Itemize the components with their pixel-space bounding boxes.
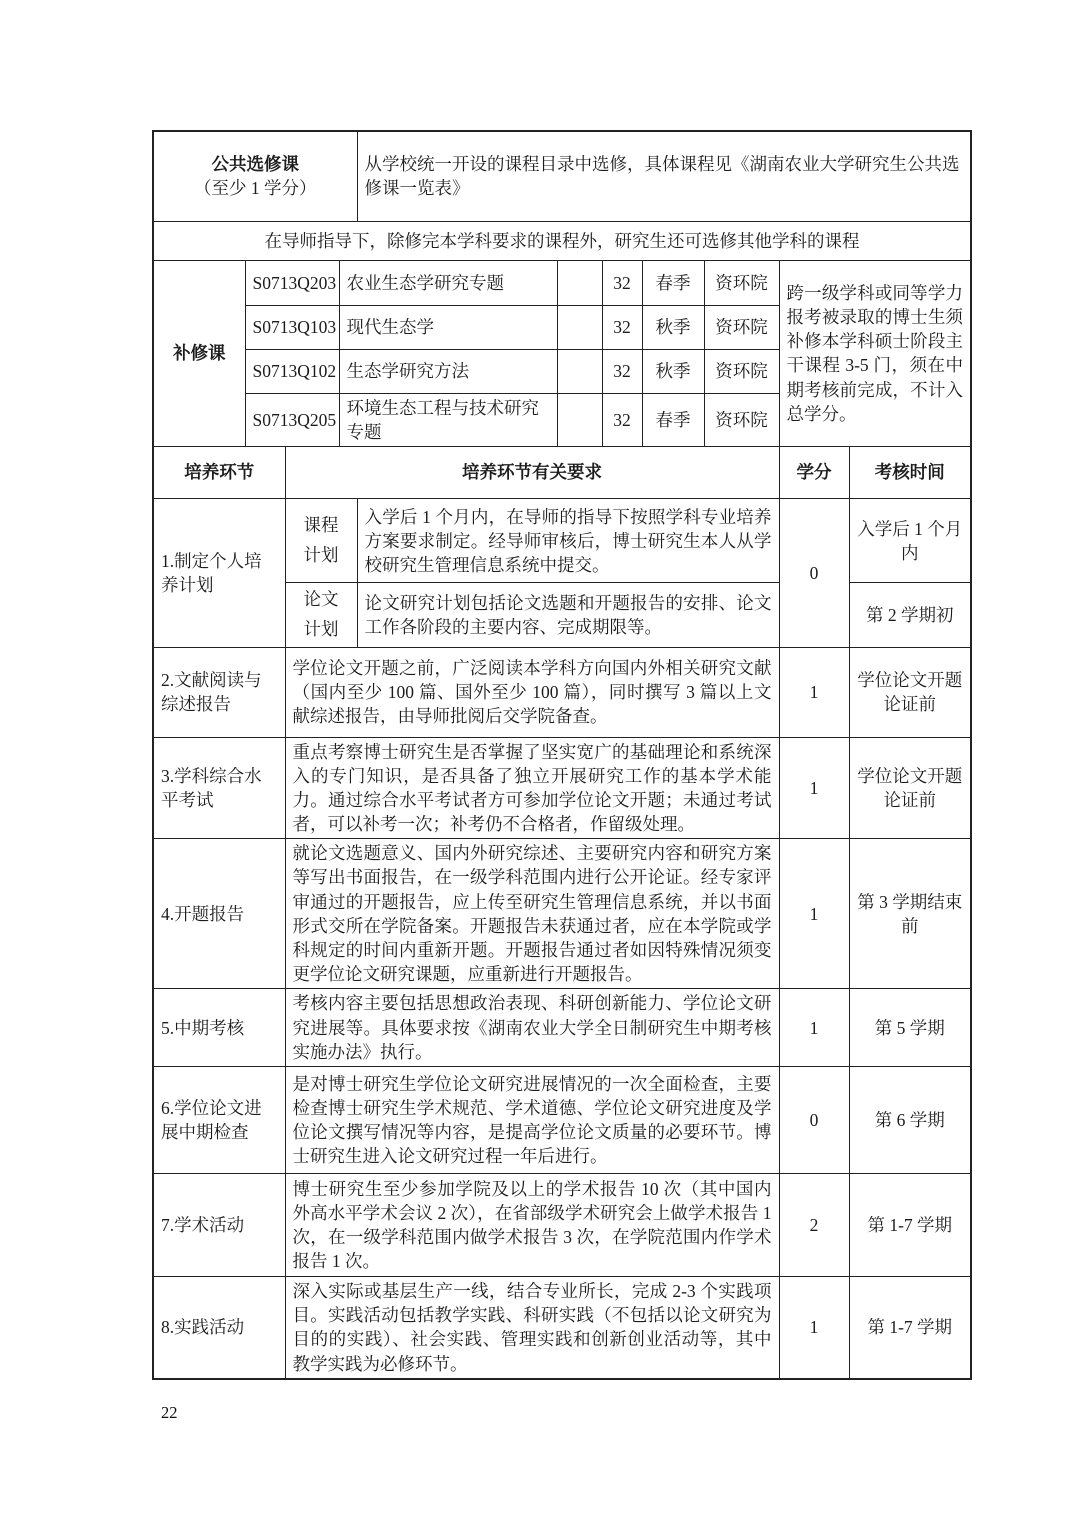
course-college: 资环院: [704, 393, 779, 446]
row-time: 第 3 学期结束前: [849, 839, 970, 989]
row-label: 4.开题报告: [154, 839, 285, 989]
course-college: 资环院: [704, 305, 779, 349]
course-college: 资环院: [704, 349, 779, 393]
row-label: 1.制定个人培养计划: [154, 499, 285, 648]
row-label: 6.学位论文进展中期检查: [154, 1067, 285, 1174]
row-label: 8.实践活动: [154, 1277, 285, 1378]
row-requirement: 是对博士研究生学位论文研究进展情况的一次全面检查，主要检查博士研究生学术规范、学…: [285, 1067, 779, 1174]
course-term: 春季: [642, 261, 704, 305]
training-section: 培养环节 培养环节有关要求 学分 考核时间 1.制定个人培养计划 课程计划 入学…: [154, 447, 970, 1378]
elective-section: 公共选修课 （至少 1 学分） 从学校统一开设的课程目录中选修，具体课程见《湖南…: [154, 132, 970, 222]
row-time: 第 5 学期: [849, 989, 970, 1067]
training-row: 8.实践活动 深入实际或基层生产一线，结合专业所长，完成 2-3 个实践项目。实…: [154, 1277, 970, 1378]
row-credits: 1: [779, 737, 849, 839]
course-hours: 32: [602, 349, 642, 393]
row-requirement: 就论文选题意义、国内外研究综述、主要研究内容和研究方案等写出书面报告，在一级学科…: [285, 839, 779, 989]
row-time: 学位论文开题论证前: [849, 647, 970, 737]
training-row: 1.制定个人培养计划 课程计划 入学后 1 个月内，在导师的指导下按照学科专业培…: [154, 499, 970, 583]
row-requirement: 重点考察博士研究生是否掌握了坚实宽广的基础理论和系统深入的专门知识，是否具备了独…: [285, 737, 779, 839]
row-label: 7.学术活动: [154, 1174, 285, 1277]
elective-description: 从学校统一开设的课程目录中选修，具体课程见《湖南农业大学研究生公共选修课一览表》: [357, 132, 970, 221]
row-credits: 2: [779, 1174, 849, 1277]
sub-row-type: 课程计划: [285, 499, 357, 583]
row-requirement: 考核内容主要包括思想政治表现、科研创新能力、学位论文研究进展等。具体要求按《湖南…: [285, 989, 779, 1067]
row-credits: 1: [779, 839, 849, 989]
course-term: 秋季: [642, 349, 704, 393]
row-requirement: 学位论文开题之前，广泛阅读本学科方向国内外相关研究文献（国内至少 100 篇、国…: [285, 647, 779, 737]
course-code: S0713Q205: [245, 393, 339, 446]
row-requirement: 深入实际或基层生产一线，结合专业所长，完成 2-3 个实践项目。实践活动包括教学…: [285, 1277, 779, 1378]
supplementary-section: 补修课 S0713Q203 农业生态学研究专题 32 春季 资环院 跨一级学科或…: [154, 261, 970, 447]
row-requirement: 论文研究计划包括论文选题和开题报告的安排、论文工作各阶段的主要内容、完成期限等。: [357, 583, 779, 648]
course-hours: 32: [602, 393, 642, 446]
course-row: 补修课 S0713Q203 农业生态学研究专题 32 春季 资环院 跨一级学科或…: [154, 261, 970, 305]
course-name: 环境生态工程与技术研究专题: [339, 393, 557, 446]
training-row: 5.中期考核 考核内容主要包括思想政治表现、科研创新能力、学位论文研究进展等。具…: [154, 989, 970, 1067]
training-header-row: 培养环节 培养环节有关要求 学分 考核时间: [154, 447, 970, 499]
training-row: 2.文献阅读与综述报告 学位论文开题之前，广泛阅读本学科方向国内外相关研究文献（…: [154, 647, 970, 737]
training-row: 6.学位论文进展中期检查 是对博士研究生学位论文研究进展情况的一次全面检查，主要…: [154, 1067, 970, 1174]
header-time: 考核时间: [849, 447, 970, 499]
row-time: 学位论文开题论证前: [849, 737, 970, 839]
row-requirement: 博士研究生至少参加学院及以上的学术报告 10 次（其中国内外高水平学术会议 2 …: [285, 1174, 779, 1277]
course-term: 秋季: [642, 305, 704, 349]
course-hours: 32: [602, 305, 642, 349]
row-label: 2.文献阅读与综述报告: [154, 647, 285, 737]
course-college: 资环院: [704, 261, 779, 305]
course-empty-cell: [557, 393, 602, 446]
row-time: 入学后 1 个月内: [849, 499, 970, 583]
course-empty-cell: [557, 305, 602, 349]
row-time: 第 6 学期: [849, 1067, 970, 1174]
header-requirements: 培养环节有关要求: [285, 447, 779, 499]
page-number: 22: [161, 1403, 178, 1423]
course-term: 春季: [642, 393, 704, 446]
elective-subtitle: （至少 1 学分）: [161, 176, 350, 200]
header-credits: 学分: [779, 447, 849, 499]
training-plan-table: 公共选修课 （至少 1 学分） 从学校统一开设的课程目录中选修，具体课程见《湖南…: [152, 130, 972, 1380]
sub-row-type-text: 课程计划: [302, 511, 340, 571]
course-hours: 32: [602, 261, 642, 305]
row-time: 第 1-7 学期: [849, 1174, 970, 1277]
row-time: 第 2 学期初: [849, 583, 970, 648]
row-requirement: 入学后 1 个月内，在导师的指导下按照学科专业培养方案要求制定。经导师审核后，博…: [357, 499, 779, 583]
row-credits: 1: [779, 989, 849, 1067]
row-label: 3.学科综合水平考试: [154, 737, 285, 839]
course-name: 农业生态学研究专题: [339, 261, 557, 305]
training-row: 3.学科综合水平考试 重点考察博士研究生是否掌握了坚实宽广的基础理论和系统深入的…: [154, 737, 970, 839]
course-empty-cell: [557, 349, 602, 393]
advisor-note: 在导师指导下，除修完本学科要求的课程外，研究生还可选修其他学科的课程: [154, 222, 970, 261]
elective-title: 公共选修课: [161, 152, 350, 176]
course-empty-cell: [557, 261, 602, 305]
row-label: 5.中期考核: [154, 989, 285, 1067]
course-name: 生态学研究方法: [339, 349, 557, 393]
course-code: S0713Q103: [245, 305, 339, 349]
sub-row-type-text: 论文计划: [302, 585, 340, 645]
row-credits: 0: [779, 1067, 849, 1174]
training-row: 7.学术活动 博士研究生至少参加学院及以上的学术报告 10 次（其中国内外高水平…: [154, 1174, 970, 1277]
row-credits: 1: [779, 1277, 849, 1378]
supplementary-label: 补修课: [154, 261, 245, 446]
supplementary-note: 跨一级学科或同等学力报考被录取的博士生须补修本学科硕士阶段主干课程 3-5 门，…: [779, 261, 970, 446]
course-code: S0713Q203: [245, 261, 339, 305]
training-row: 4.开题报告 就论文选题意义、国内外研究综述、主要研究内容和研究方案等写出书面报…: [154, 839, 970, 989]
row-credits: 1: [779, 647, 849, 737]
row-time: 第 1-7 学期: [849, 1277, 970, 1378]
elective-course-cell: 公共选修课 （至少 1 学分）: [154, 132, 357, 221]
course-code: S0713Q102: [245, 349, 339, 393]
course-name: 现代生态学: [339, 305, 557, 349]
header-stage: 培养环节: [154, 447, 285, 499]
document-page: 公共选修课 （至少 1 学分） 从学校统一开设的课程目录中选修，具体课程见《湖南…: [0, 0, 1074, 1520]
advisor-note-section: 在导师指导下，除修完本学科要求的课程外，研究生还可选修其他学科的课程: [154, 222, 970, 262]
row-credits: 0: [779, 499, 849, 648]
sub-row-type: 论文计划: [285, 583, 357, 648]
